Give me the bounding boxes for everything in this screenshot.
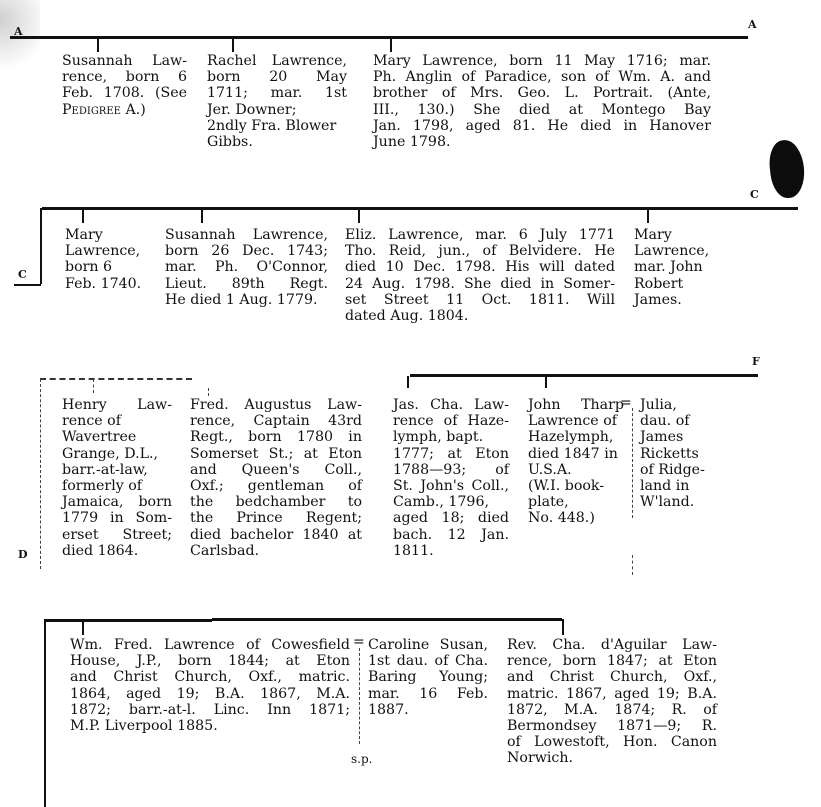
marriage-connector bbox=[359, 648, 360, 744]
entry-susannah-lawrence-1708: Susannah Law- rence, born 6 Feb. 1708. (… bbox=[62, 53, 187, 118]
marker-c-left: C bbox=[18, 268, 27, 281]
connector bbox=[647, 209, 649, 223]
connector bbox=[232, 38, 234, 52]
connector bbox=[407, 376, 409, 388]
entry-jas-cha-lawrence: Jas. Cha. Law- rence of Haze- lymph, bap… bbox=[393, 397, 509, 559]
entry-wm-fred-lawrence: Wm. Fred. Lawrence of Cowesfield House, … bbox=[70, 637, 350, 734]
entry-susannah-lawrence-1743: Susannah Lawrence, born 26 Dec. 1743; ma… bbox=[165, 227, 328, 308]
connector bbox=[93, 379, 94, 393]
sine-prole-note: s.p. bbox=[351, 752, 372, 766]
marker-a-right: A bbox=[748, 18, 757, 31]
generation-4-line bbox=[212, 618, 562, 621]
connector bbox=[97, 38, 99, 52]
entry-fred-augustus-lawrence: Fred. Augustus Law- rence, Captain 43rd … bbox=[190, 397, 362, 559]
entry-rev-cha-daguilar-lawrence: Rev. Cha. d'Aguilar Law- rence, born 184… bbox=[507, 637, 717, 767]
connector bbox=[82, 209, 84, 223]
entry-mary-lawrence-1716: Mary Lawrence, born 11 May 1716; mar. Ph… bbox=[373, 53, 711, 150]
connector bbox=[82, 621, 84, 635]
entry-julia-ricketts: Julia, dau. of James Ricketts of Ridge- … bbox=[640, 397, 718, 510]
marker-d-left: D bbox=[18, 548, 28, 561]
entry-henry-lawrence: Henry Law- rence of Wavertree Grange, D.… bbox=[62, 397, 172, 559]
generation-3-line-left bbox=[40, 378, 192, 380]
marriage-connector bbox=[632, 408, 633, 518]
connector bbox=[201, 209, 203, 223]
marker-c-right: C bbox=[750, 188, 759, 201]
entry-caroline-susan: Caroline Susan, 1st dau. of Cha. Baring … bbox=[368, 637, 488, 718]
connector bbox=[40, 208, 42, 284]
connector bbox=[44, 620, 46, 807]
ink-blot bbox=[767, 138, 807, 199]
connector bbox=[40, 379, 41, 569]
marriage-symbol: = bbox=[620, 395, 632, 411]
marker-f-right: F bbox=[752, 355, 760, 368]
generation-3-line-right bbox=[410, 374, 758, 377]
connector bbox=[390, 38, 392, 52]
entry-mary-lawrence-1740: Mary Lawrence, born 6 Feb. 1740. bbox=[65, 227, 153, 292]
connector bbox=[545, 376, 547, 388]
pedigree-page: A A Susannah Law- rence, born 6 Feb. 170… bbox=[0, 0, 821, 807]
entry-john-tharp-lawrence: John Tharp Lawrence of Hazelymph, died 1… bbox=[528, 397, 624, 527]
generation-2-line bbox=[42, 207, 798, 210]
connector bbox=[562, 619, 564, 635]
entry-mary-lawrence-james: Mary Lawrence, mar. John Robert James. bbox=[634, 227, 724, 308]
entry-rachel-lawrence: Rachel Lawrence, born 20 May 1711; mar. … bbox=[207, 53, 347, 150]
paper-smudge bbox=[0, 0, 40, 80]
connector bbox=[632, 555, 633, 575]
connector bbox=[208, 388, 209, 396]
generation-1-line bbox=[10, 36, 748, 39]
connector bbox=[358, 209, 360, 223]
generation-4-line bbox=[44, 619, 212, 622]
connector bbox=[14, 284, 41, 286]
entry-eliz-lawrence: Eliz. Lawrence, mar. 6 July 1771 Tho. Re… bbox=[345, 227, 615, 324]
